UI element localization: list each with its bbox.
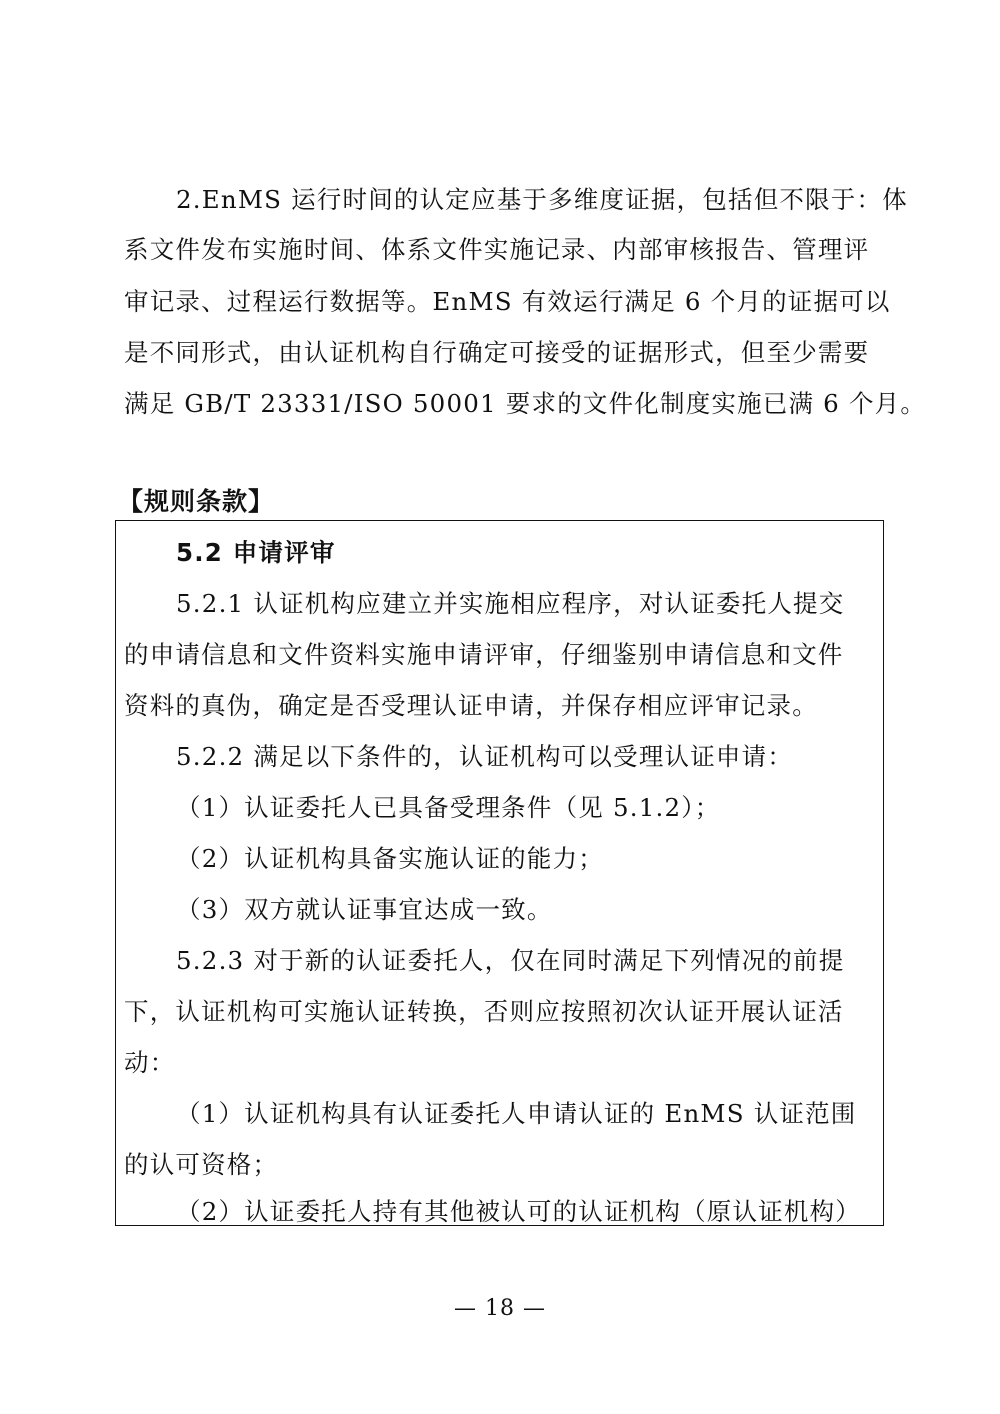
document-page: 2.EnMS 运行时间的认定应基于多维度证据，包括但不限于：体 系文件发布实施时… bbox=[0, 0, 1000, 1414]
intro-paragraph-line: 是不同形式，由认证机构自行确定可接受的证据形式，但至少需要 bbox=[124, 337, 884, 369]
clause-line: 动： bbox=[124, 1047, 175, 1079]
intro-paragraph-line: 2.EnMS 运行时间的认定应基于多维度证据，包括但不限于：体 bbox=[176, 184, 936, 216]
clause-list-item: （1）认证委托人已具备受理条件（见 5.1.2）； bbox=[176, 792, 720, 824]
clause-line: 下，认证机构可实施认证转换，否则应按照初次认证开展认证活 bbox=[124, 996, 844, 1028]
intro-paragraph-line: 审记录、过程运行数据等。EnMS 有效运行满足 6 个月的证据可以 bbox=[124, 286, 884, 318]
clause-line: 5.2.1 认证机构应建立并实施相应程序，对认证委托人提交 bbox=[176, 588, 844, 620]
page-number: — 18 — bbox=[0, 1294, 1000, 1324]
intro-paragraph-line: 满足 GB/T 23331/ISO 50001 要求的文件化制度实施已满 6 个… bbox=[124, 388, 884, 420]
clause-list-item: （2）认证委托人持有其他被认可的认证机构（原认证机构） bbox=[176, 1196, 861, 1228]
clause-list-item: 的认可资格； bbox=[124, 1149, 278, 1181]
intro-paragraph-line: 系文件发布实施时间、体系文件实施记录、内部审核报告、管理评 bbox=[124, 234, 884, 266]
clause-line: 5.2.3 对于新的认证委托人，仅在同时满足下列情况的前提 bbox=[176, 945, 844, 977]
section-title: 5.2 申请评审 bbox=[176, 537, 336, 569]
clause-list-item: （1）认证机构具有认证委托人申请认证的 EnMS 认证范围 bbox=[176, 1098, 857, 1130]
clause-line: 5.2.2 满足以下条件的，认证机构可以受理认证申请： bbox=[176, 741, 793, 773]
clause-list-item: （2）认证机构具备实施认证的能力； bbox=[176, 843, 604, 875]
rule-clause-box: 5.2 申请评审 5.2.1 认证机构应建立并实施相应程序，对认证委托人提交 的… bbox=[115, 520, 884, 1226]
clause-list-item: （3）双方就认证事宜达成一致。 bbox=[176, 894, 553, 926]
rule-clause-heading: 【规则条款】 bbox=[118, 486, 274, 518]
clause-line: 的申请信息和文件资料实施申请评审，仔细鉴别申请信息和文件 bbox=[124, 639, 844, 671]
clause-line: 资料的真伪，确定是否受理认证申请，并保存相应评审记录。 bbox=[124, 690, 818, 722]
